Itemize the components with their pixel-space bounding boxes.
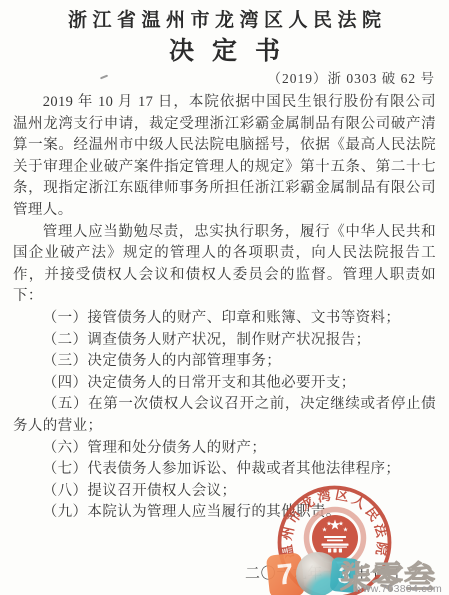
- court-name: 浙江省温州市龙湾区人民法院: [0, 8, 449, 34]
- duty-item-1: （一）接管债务人的财产、印章和账簿、文书等资料；: [13, 308, 436, 330]
- duty-item-7: （七）代表债务人参加诉讼、仲裁或者其他法律程序；: [13, 459, 436, 481]
- paragraph-ruling: 2019 年 10 月 17 日，本院依据中国民生银行股份有限公司温州龙湾支行申…: [13, 92, 436, 222]
- duty-item-2: （二）调查债务人财产状况，制作财产状况报告；: [13, 330, 436, 352]
- duty-item-6: （六）管理和处分债务人的财产；: [13, 438, 436, 460]
- document-title: 决定书: [0, 37, 449, 67]
- court-decision-document: 浙江省温州市龙湾区人民法院 决定书 （2019）浙 0303 破 62 号 20…: [0, 8, 449, 595]
- duty-item-4: （四）决定债务人的日常开支和其他必要开支；: [13, 373, 436, 395]
- court-seal-stamp: 温州市龙湾区人民法院: [277, 485, 392, 595]
- document-body: 2019 年 10 月 17 日，本院依据中国民生银行股份有限公司温州龙湾支行申…: [13, 92, 436, 524]
- duty-item-5: （五）在第一次债权人会议召开之前，决定继续或者停止债务人的营业；: [13, 394, 436, 437]
- national-emblem-icon: [307, 510, 364, 567]
- case-number: （2019）浙 0303 破 62 号: [0, 70, 449, 87]
- paragraph-duty-intro: 管理人应当勤勉尽责，忠实执行职务，履行《中华人民共和国企业破产法》规定的管理人的…: [13, 222, 436, 308]
- duty-item-3: （三）决定债务人的内部管理事务；: [13, 351, 436, 373]
